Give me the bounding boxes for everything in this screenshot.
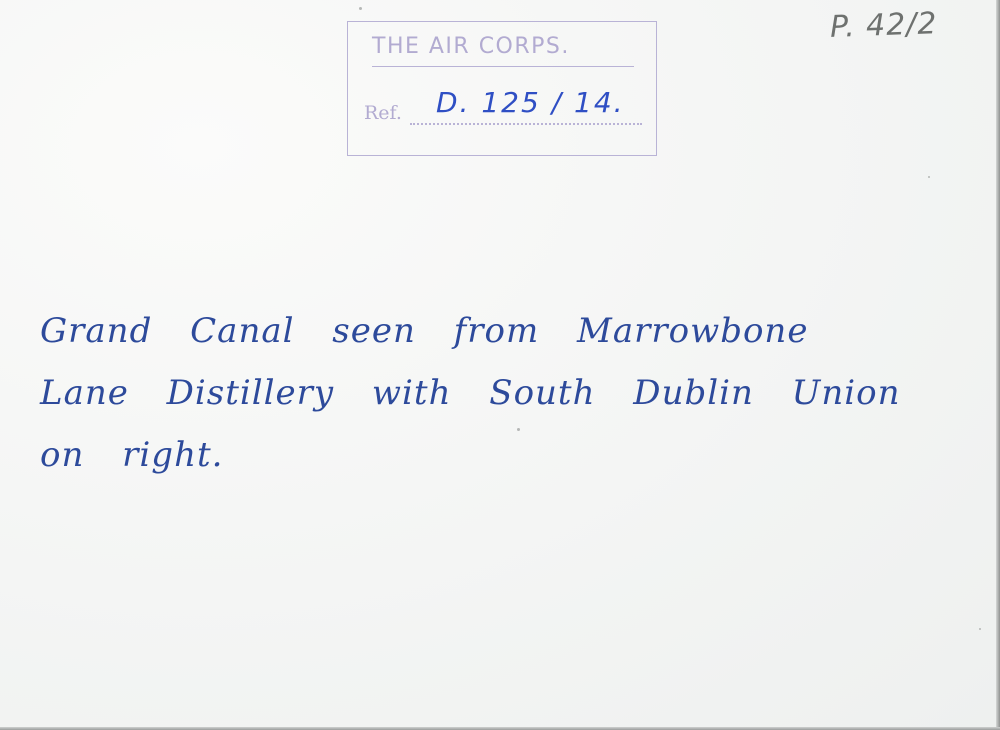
caption-line-2: Lane Distillery with South Dublin Union [40,362,1000,424]
caption-line-1: Grand Canal seen from Marrowbone [40,300,1000,362]
paper-speck [979,628,981,630]
archive-number: P. 42/2 [829,6,938,45]
stamp-dotted-line [410,123,642,125]
stamp-title: THE AIR CORPS. [372,34,570,59]
air-corps-stamp: THE AIR CORPS. Ref. D. 125 / 14. [347,21,657,156]
caption-line-3: on right. [40,424,1000,486]
photo-reverse-card: THE AIR CORPS. Ref. D. 125 / 14. P. 42/2… [0,0,1000,730]
stamp-ref-value: D. 125 / 14. [436,86,625,119]
card-edge-right [996,0,1000,730]
paper-speck [517,428,520,431]
paper-speck [928,176,930,178]
handwritten-caption: Grand Canal seen from Marrowbone Lane Di… [40,300,1000,486]
paper-speck [359,7,362,10]
stamp-divider [372,66,634,67]
stamp-ref-label: Ref. [364,102,402,124]
